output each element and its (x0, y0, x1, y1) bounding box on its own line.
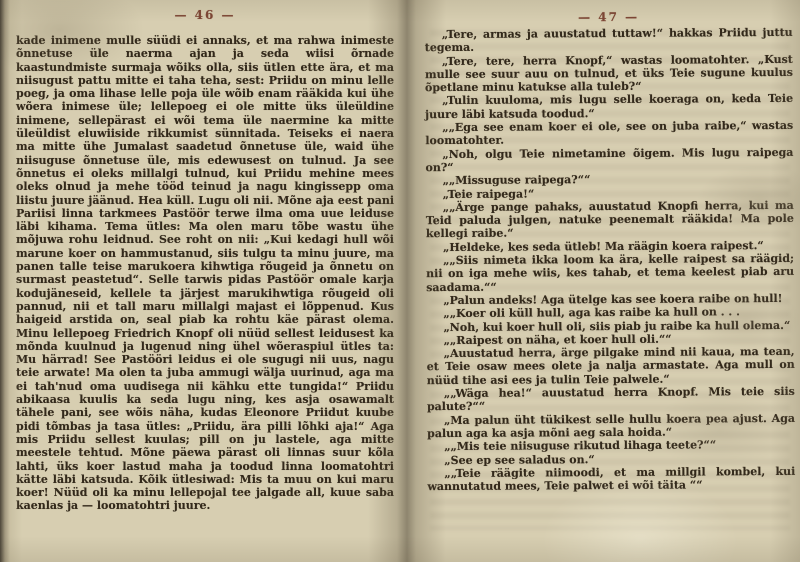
page-number-right: — 47 — (425, 9, 793, 25)
paragraph: „Auustatud herra, ärge pilgake mind nii … (427, 345, 795, 387)
paragraph: „Tulin kuuloma, mis lugu selle koeraga o… (425, 92, 793, 121)
paragraph: „Tere, armas ja auustatud tuttaw!“ hakka… (425, 26, 793, 55)
paragraph: „„Siis nimeta ikka loom ka ära, kelle ra… (426, 252, 794, 294)
paragraph: kade inimene mulle süüdi ei annaks, et m… (16, 34, 394, 513)
page-number-left: — 46 — (16, 8, 394, 22)
paragraph: „„Ega see enam koer ei ole, see on juba … (425, 119, 793, 148)
paragraph: „Tere, tere, herra Knopf,“ wastas loomat… (425, 52, 793, 94)
paragraph: „Noh, kui koer hull oli, siis piab ju ra… (426, 318, 794, 334)
page-47: — 47 — „Tere, armas ja auustatud tuttaw!… (425, 9, 796, 494)
paragraph: „„Wäga hea!“ auustatud herra Knopf. Mis … (427, 385, 795, 414)
book-scan: — 46 — kade inimene mulle süüdi ei annak… (0, 0, 800, 562)
page-47-text: „Tere, armas ja auustatud tuttaw!“ hakka… (425, 26, 796, 494)
paragraph: „„Teie räägite niimoodi, et ma millgil k… (427, 465, 795, 494)
page-46-text: kade inimene mulle süüdi ei annaks, et m… (16, 34, 394, 513)
paragraph: „Noh, olgu Teie nimetamine õigem. Mis lu… (425, 146, 793, 175)
page-46: — 46 — kade inimene mulle süüdi ei annak… (16, 8, 394, 513)
paragraph: „„Ärge pange pahaks, auustatud Knopfi he… (426, 199, 794, 241)
paragraph: „Ma palun üht tükikest selle hullu koera… (427, 411, 795, 440)
